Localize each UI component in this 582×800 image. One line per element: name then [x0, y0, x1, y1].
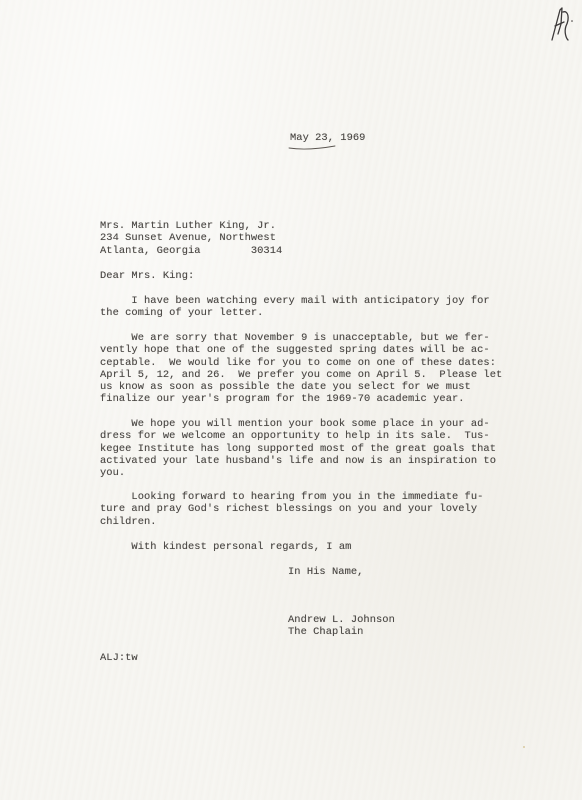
recipient-street: 234 Sunset Avenue, Northwest — [100, 232, 276, 244]
handwritten-initials-mark — [548, 4, 574, 44]
letter-date: May 23, 1969 — [290, 132, 365, 144]
body-paragraph-2: We are sorry that November 9 is unaccept… — [100, 332, 502, 406]
paper-speck — [523, 746, 525, 748]
signer-title: The Chaplain — [288, 626, 363, 638]
salutation: Dear Mrs. King: — [100, 270, 194, 282]
recipient-name: Mrs. Martin Luther King, Jr. — [100, 220, 276, 232]
date-underline-mark — [288, 144, 336, 150]
body-paragraph-4: Looking forward to hearing from you in t… — [100, 491, 483, 528]
signature-block: Andrew L. Johnson The Chaplain — [288, 614, 395, 639]
body-paragraph-3: We hope you will mention your book some … — [100, 418, 496, 479]
reference-initials: ALJ:tw — [100, 652, 138, 664]
signer-name: Andrew L. Johnson — [288, 614, 395, 626]
complimentary-close: In His Name, — [288, 566, 363, 578]
body-paragraph-1: I have been watching every mail with ant… — [100, 295, 490, 320]
closing-regards: With kindest personal regards, I am — [100, 541, 351, 553]
letter-page: May 23, 1969 Mrs. Martin Luther King, Jr… — [0, 0, 582, 800]
recipient-address: Mrs. Martin Luther King, Jr. 234 Sunset … — [100, 220, 282, 257]
recipient-city-state-zip: Atlanta, Georgia 30314 — [100, 245, 282, 257]
